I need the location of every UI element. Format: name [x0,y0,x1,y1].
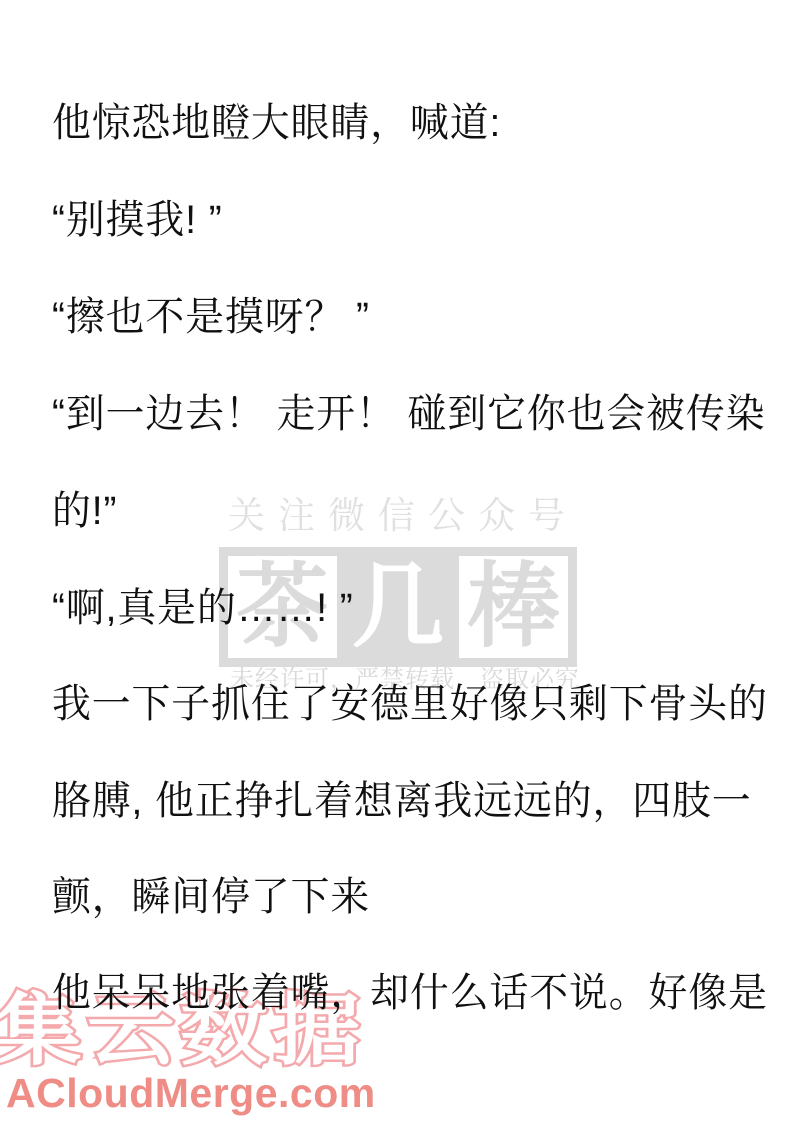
text-line-3: “擦也不是摸呀？ ” [52,294,370,340]
text-line-6: “啊,真是的……! ” [52,585,354,631]
text-line-9: 颤，瞬间停了下来 [52,874,370,920]
text-line-7: 我一下子抓住了安德里好像只剩下骨头的 [52,681,768,727]
text-line-1: 他惊恐地瞪大眼睛，喊道: [52,100,501,146]
text-line-2: “别摸我! ” [52,197,223,243]
text-line-10: 他呆呆地张着嘴，却什么话不说。好像是 [52,970,768,1016]
text-line-5: 的!” [52,488,117,534]
text-line-4: “到一边去！ 走开！ 碰到它你也会被传染 [52,391,765,437]
novel-page: 关注微信公众号 茶 几 棒 未经许可，严禁转载，盗取必究 集云数据 ACloud… [0,0,794,1122]
story-text: 他惊恐地瞪大眼睛，喊道: “别摸我! ” “擦也不是摸呀？ ” “到一边去！ 走… [0,0,794,1122]
text-line-8: 胳膊, 他正挣扎着想离我远远的，四肢一 [52,778,752,824]
